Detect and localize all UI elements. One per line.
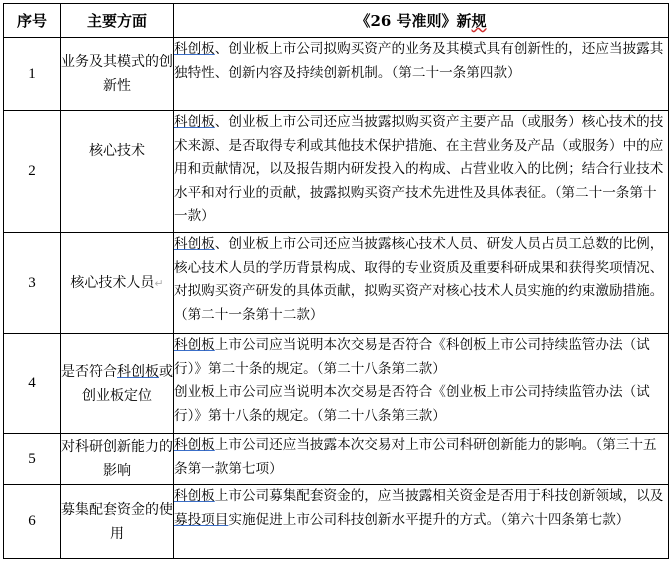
term-link: 科创板 — [174, 337, 215, 353]
table-row: 5 对科研创新能力的影响 科创板上市公司还应当披露本次交易对上市公司科研创新能力… — [4, 434, 669, 485]
content-text: 创业板上市公司应当说明本次交易是否符合《创业板上市公司持续监管办法（试行）》第十… — [174, 384, 650, 424]
header-new-rules-prefix: 《26 号准则》新 — [355, 12, 471, 30]
row-content: 科创板上市公司募集配套资金的，应当披露相关资金是否用于科技创新领域，以及募投项目… — [174, 485, 669, 559]
row-index: 2 — [4, 111, 61, 233]
row-content: 科创板、创业板上市公司还应当披露拟购买资产主要产品（或服务）核心技术的技术来源、… — [174, 111, 669, 233]
content-paragraph: 科创板上市公司应当说明本次交易是否符合《科创板上市公司持续监管办法（试行）》第二… — [174, 334, 668, 381]
aspect-text: 核心技术人员 — [70, 275, 154, 291]
content-text: 上市公司应当说明本次交易是否符合《科创板上市公司持续监管办法（试行）》第二十条的… — [174, 337, 650, 377]
header-new-rules: 《26 号准则》新规 — [174, 4, 669, 38]
content-text: 、创业板上市公司还应当披露拟购买资产主要产品（或服务）核心技术的技术来源、是否取… — [174, 114, 663, 224]
row-aspect: 业务及其模式的创新性 — [61, 38, 174, 111]
table-row: 2 核心技术 科创板、创业板上市公司还应当披露拟购买资产主要产品（或服务）核心技… — [4, 111, 669, 233]
term-link: 科创板 — [117, 364, 159, 380]
row-aspect: 是否符合科创板或创业板定位 — [61, 334, 174, 434]
row-index: 3 — [4, 233, 61, 334]
row-index: 4 — [4, 334, 61, 434]
regulation-comparison-table: 序号 主要方面 《26 号准则》新规 1 业务及其模式的创新性 科创板、创业板上… — [3, 3, 669, 559]
row-aspect: 募集配套资金的使用 — [61, 485, 174, 559]
content-paragraph: 创业板上市公司应当说明本次交易是否符合《创业板上市公司持续监管办法（试行）》第十… — [174, 381, 668, 428]
content-text: 实施促进上市公司科技创新水平提升的方式。（第六十四条第七款） — [228, 512, 629, 528]
term-link: 科创板 — [174, 114, 215, 130]
row-index: 5 — [4, 434, 61, 485]
content-text: 上市公司还应当披露本次交易对上市公司科研创新能力的影响。（第三十五条第一款第七项… — [174, 437, 657, 477]
row-content: 科创板、创业板上市公司拟购买资产的业务及其模式具有创新性的，还应当披露其独特性、… — [174, 38, 669, 111]
table-row: 4 是否符合科创板或创业板定位 科创板上市公司应当说明本次交易是否符合《科创板上… — [4, 334, 669, 434]
paragraph-mark-icon: ↵ — [154, 277, 163, 290]
content-text: 、创业板上市公司拟购买资产的业务及其模式具有创新性的，还应当披露其独特性、创新内… — [174, 41, 663, 81]
row-content: 科创板上市公司还应当披露本次交易对上市公司科研创新能力的影响。（第三十五条第一款… — [174, 434, 669, 485]
row-content: 科创板、创业板上市公司还应当披露核心技术人员、研发人员占员工总数的比例，核心技术… — [174, 233, 669, 334]
term-link: 募投项目 — [174, 512, 228, 528]
row-aspect: 核心技术人员↵ — [61, 233, 174, 334]
header-index: 序号 — [4, 4, 61, 38]
table-header-row: 序号 主要方面 《26 号准则》新规 — [4, 4, 669, 38]
header-new-rules-suffix: 规 — [472, 12, 487, 30]
content-text: 上市公司募集配套资金的，应当披露相关资金是否用于科技创新领域，以及 — [215, 488, 664, 504]
row-index: 6 — [4, 485, 61, 559]
term-link: 科创板 — [174, 437, 215, 453]
table-row: 6 募集配套资金的使用 科创板上市公司募集配套资金的，应当披露相关资金是否用于科… — [4, 485, 669, 559]
row-aspect: 对科研创新能力的影响 — [61, 434, 174, 485]
aspect-text-pre: 是否符合 — [61, 364, 117, 380]
row-aspect: 核心技术 — [61, 111, 174, 233]
term-link: 科创板 — [174, 236, 215, 252]
term-link: 科创板 — [174, 41, 215, 57]
row-content: 科创板上市公司应当说明本次交易是否符合《科创板上市公司持续监管办法（试行）》第二… — [174, 334, 669, 434]
row-index: 1 — [4, 38, 61, 111]
table-row: 1 业务及其模式的创新性 科创板、创业板上市公司拟购买资产的业务及其模式具有创新… — [4, 38, 669, 111]
content-text: 、创业板上市公司还应当披露核心技术人员、研发人员占员工总数的比例，核心技术人员的… — [174, 236, 663, 323]
table-row: 3 核心技术人员↵ 科创板、创业板上市公司还应当披露核心技术人员、研发人员占员工… — [4, 233, 669, 334]
header-aspect: 主要方面 — [61, 4, 174, 38]
term-link: 科创板 — [174, 488, 215, 504]
